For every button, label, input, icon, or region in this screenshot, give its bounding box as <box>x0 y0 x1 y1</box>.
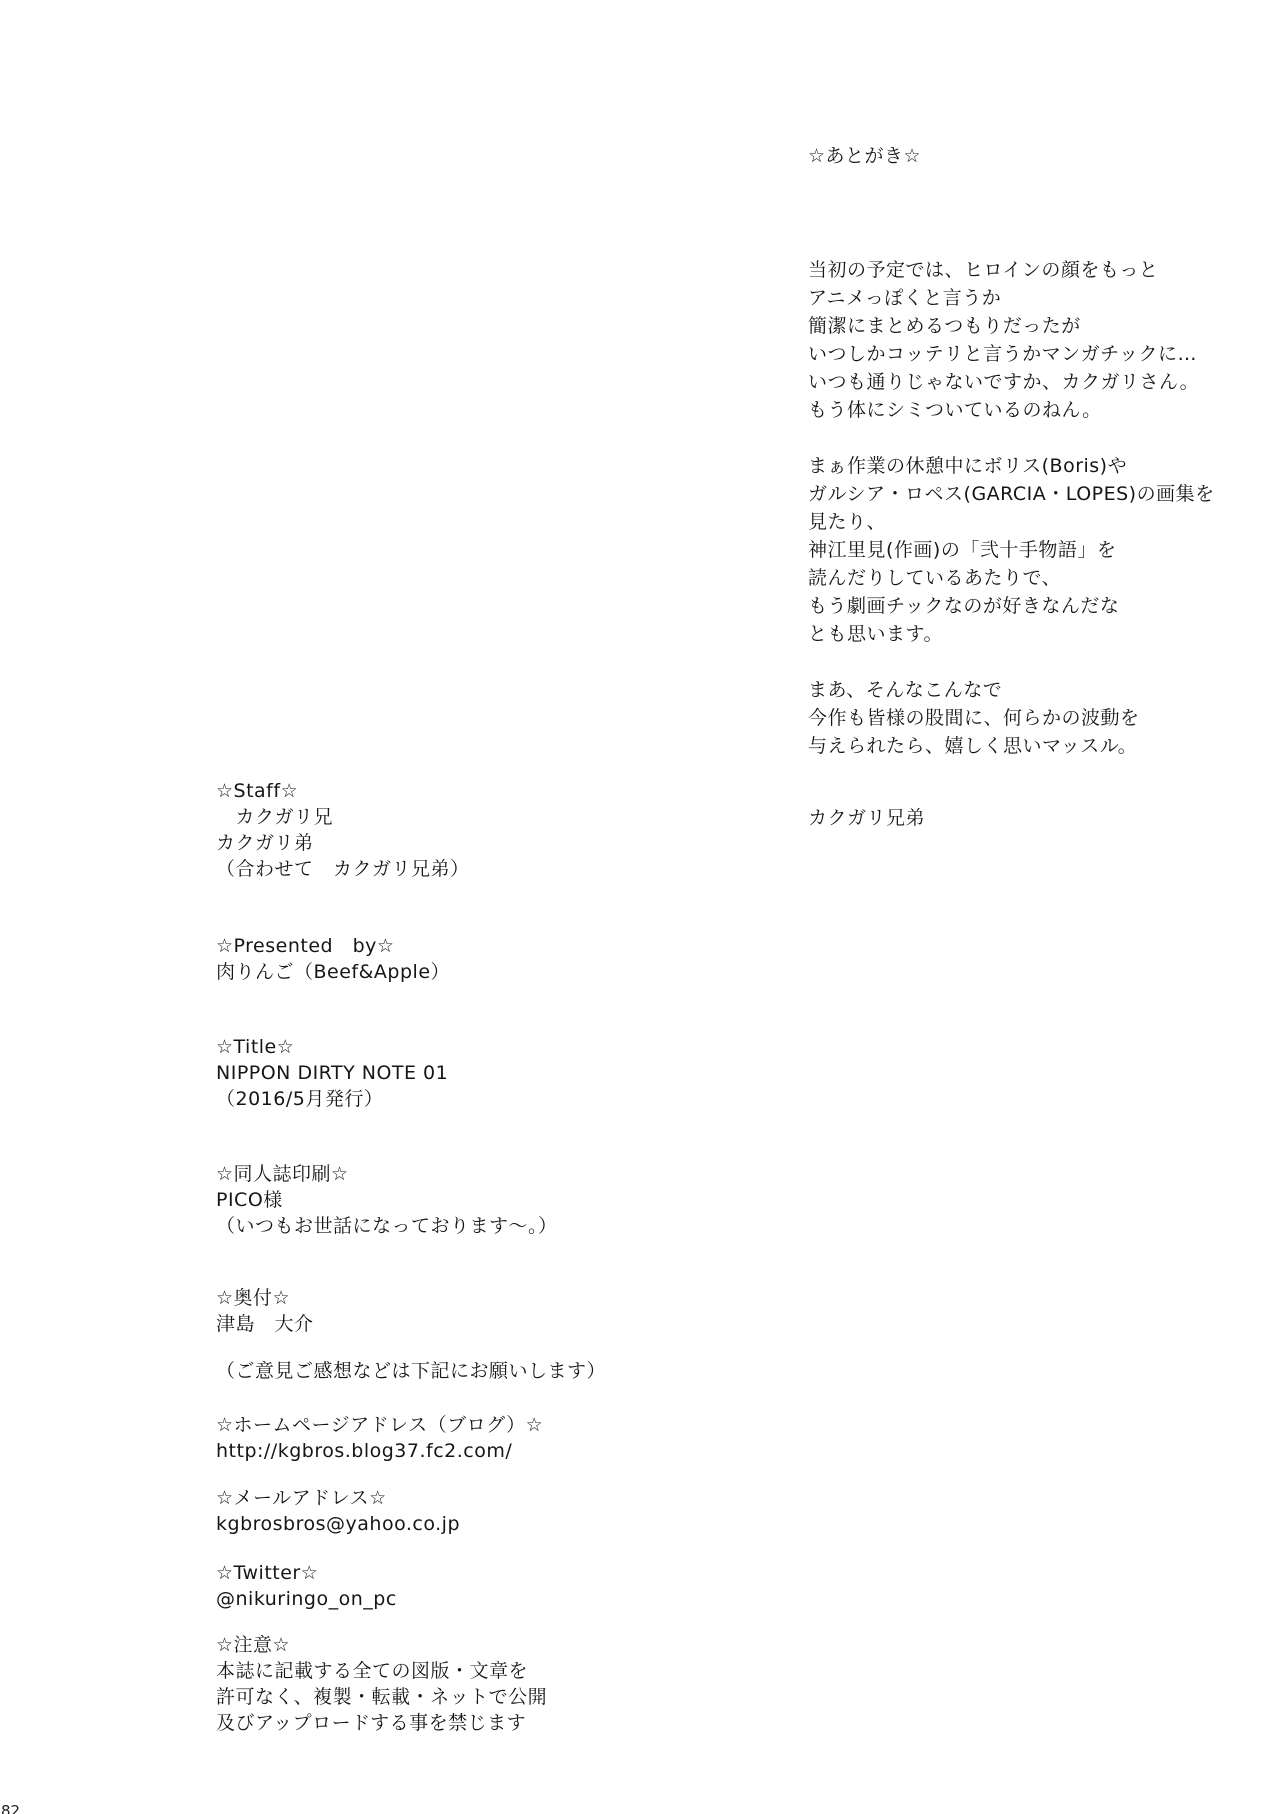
afterword-line: とも思います。 <box>808 620 1208 648</box>
section-printing: ☆同人誌印刷☆ PICO様 （いつもお世話になっております～。） <box>216 1161 676 1239</box>
section-twitter: ☆Twitter☆ @nikuringo_on_pc <box>216 1560 676 1612</box>
afterword-line: 読んだりしているあたりで、 <box>808 564 1208 592</box>
afterword-line: 見たり、 <box>808 508 1208 536</box>
homepage-url: http://kgbros.blog37.fc2.com/ <box>216 1438 676 1464</box>
twitter-handle: @nikuringo_on_pc <box>216 1586 676 1612</box>
afterword-title: ☆あとがき☆ <box>808 142 1208 170</box>
afterword-line: ガルシア・ロペス(GARCIA・LOPES)の画集を <box>808 480 1208 508</box>
staff-member: カクガリ兄 <box>216 804 676 830</box>
afterword-line: 与えられたら、嬉しく思いマッスル。 <box>808 732 1208 760</box>
printer-note: （いつもお世話になっております～。） <box>216 1213 676 1239</box>
email-address: kgbrosbros@yahoo.co.jp <box>216 1511 676 1537</box>
afterword-paragraph: 当初の予定では、ヒロインの顔をもっと アニメっぽくと言うか 簡潔にまとめるつもり… <box>808 256 1208 424</box>
section-imprint: ☆奥付☆ 津島 大介 <box>216 1285 676 1337</box>
afterword-line: 当初の予定では、ヒロインの顔をもっと <box>808 256 1208 284</box>
scanned-afterword-page: ☆あとがき☆ 当初の予定では、ヒロインの顔をもっと アニメっぽくと言うか 簡潔に… <box>0 0 1280 1814</box>
section-staff: ☆Staff☆ カクガリ兄 カクガリ弟 （合わせて カクガリ兄弟） <box>216 778 676 882</box>
section-homepage: ☆ホームページアドレス（ブログ）☆ http://kgbros.blog37.f… <box>216 1412 676 1464</box>
staff-note: （合わせて カクガリ兄弟） <box>216 856 676 882</box>
afterword-column: ☆あとがき☆ 当初の予定では、ヒロインの顔をもっと アニメっぽくと言うか 簡潔に… <box>808 142 1208 832</box>
notice-line: 許可なく、複製・転載・ネットで公開 <box>216 1684 676 1710</box>
afterword-line: 神江里見(作画)の「弐十手物語」を <box>808 536 1208 564</box>
section-presented-by: ☆Presented by☆ 肉りんご（Beef&Apple） <box>216 933 676 985</box>
section-title: ☆Title☆ NIPPON DIRTY NOTE 01 （2016/5月発行） <box>216 1034 676 1112</box>
section-email: ☆メールアドレス☆ kgbrosbros@yahoo.co.jp <box>216 1485 676 1537</box>
afterword-body: 当初の予定では、ヒロインの顔をもっと アニメっぽくと言うか 簡潔にまとめるつもり… <box>808 256 1208 832</box>
section-heading: ☆同人誌印刷☆ <box>216 1161 676 1187</box>
section-heading: ☆メールアドレス☆ <box>216 1485 676 1511</box>
afterword-line: いつも通りじゃないですか、カクガリさん。 <box>808 368 1208 396</box>
afterword-paragraph: まぁ作業の休憩中にボリス(Boris)や ガルシア・ロペス(GARCIA・LOP… <box>808 452 1208 648</box>
notice-line: 本誌に記載する全ての図版・文章を <box>216 1658 676 1684</box>
afterword-line: まあ、そんなこんなで <box>808 676 1208 704</box>
section-heading: ☆Presented by☆ <box>216 933 676 959</box>
section-heading: ☆注意☆ <box>216 1632 676 1658</box>
imprint-name: 津島 大介 <box>216 1311 676 1337</box>
author-signature: カクガリ兄弟 <box>808 804 1208 832</box>
afterword-line: アニメっぽくと言うか <box>808 284 1208 312</box>
section-heading: ☆Title☆ <box>216 1034 676 1060</box>
section-feedback-note: （ご意見ご感想などは下記にお願いします） <box>216 1358 676 1384</box>
section-heading: ☆ホームページアドレス（ブログ）☆ <box>216 1412 676 1438</box>
section-heading: ☆Twitter☆ <box>216 1560 676 1586</box>
afterword-line: もう劇画チックなのが好きなんだな <box>808 592 1208 620</box>
section-heading: ☆Staff☆ <box>216 778 676 804</box>
page-number: 82 <box>1 1804 20 1814</box>
circle-name: 肉りんご（Beef&Apple） <box>216 959 676 985</box>
section-notice: ☆注意☆ 本誌に記載する全ての図版・文章を 許可なく、複製・転載・ネットで公開 … <box>216 1632 676 1736</box>
section-heading: ☆奥付☆ <box>216 1285 676 1311</box>
publish-date: （2016/5月発行） <box>216 1086 676 1112</box>
colophon-column: ☆Staff☆ カクガリ兄 カクガリ弟 （合わせて カクガリ兄弟） ☆Prese… <box>216 778 676 1736</box>
afterword-line: 今作も皆様の股間に、何らかの波動を <box>808 704 1208 732</box>
feedback-note: （ご意見ご感想などは下記にお願いします） <box>216 1358 676 1384</box>
afterword-line: まぁ作業の休憩中にボリス(Boris)や <box>808 452 1208 480</box>
staff-member: カクガリ弟 <box>216 830 676 856</box>
book-title: NIPPON DIRTY NOTE 01 <box>216 1060 676 1086</box>
notice-line: 及びアップロードする事を禁じます <box>216 1710 676 1736</box>
afterword-line: 簡潔にまとめるつもりだったが <box>808 312 1208 340</box>
afterword-line: もう体にシミついているのねん。 <box>808 396 1208 424</box>
printer-name: PICO様 <box>216 1187 676 1213</box>
afterword-line: いつしかコッテリと言うかマンガチックに… <box>808 340 1208 368</box>
afterword-paragraph: まあ、そんなこんなで 今作も皆様の股間に、何らかの波動を 与えられたら、嬉しく思… <box>808 676 1208 760</box>
